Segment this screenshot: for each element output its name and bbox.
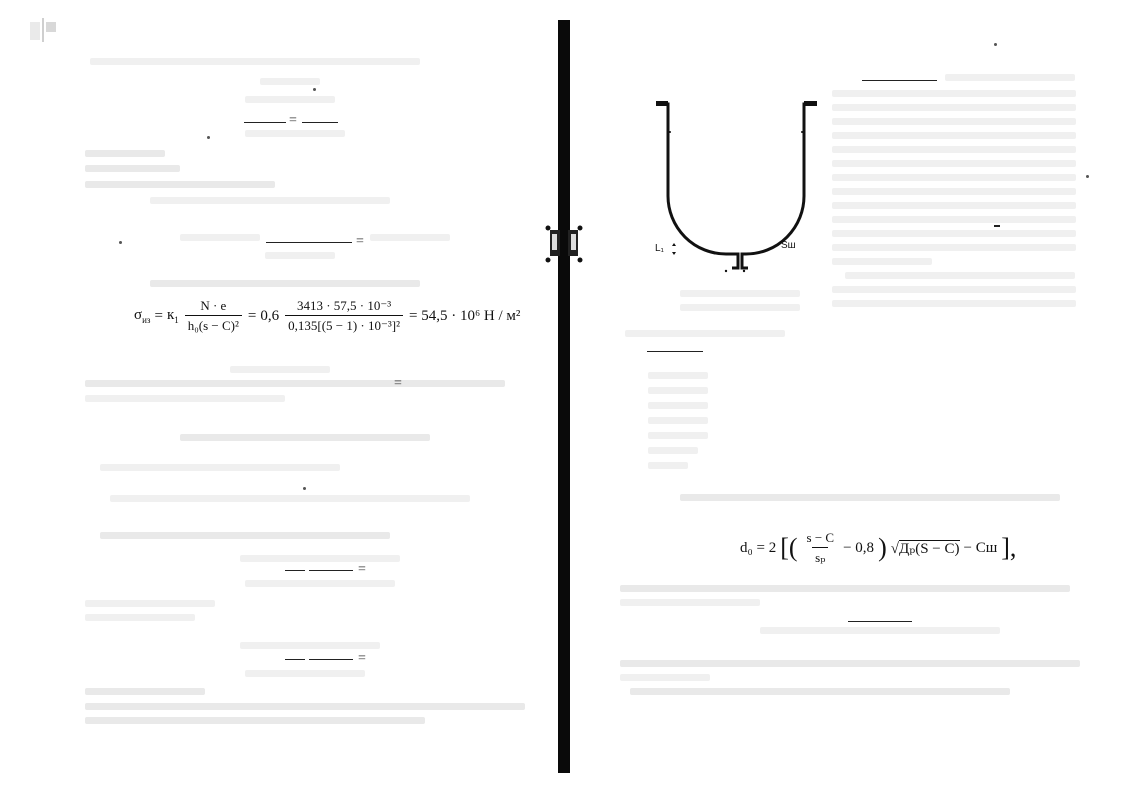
equals-sign: = — [358, 652, 366, 666]
fraction-bar — [266, 242, 352, 243]
faded-text-line — [648, 372, 708, 379]
scan-speck — [303, 487, 306, 490]
faded-text-line — [630, 688, 1010, 695]
equals-sign: = — [356, 235, 364, 249]
faded-caption — [680, 290, 800, 297]
page-thumbnail-icon — [30, 18, 56, 42]
faded-text-line — [260, 78, 320, 85]
faded-text-line — [945, 74, 1075, 81]
faded-text-line — [180, 234, 260, 241]
faded-text-line — [832, 244, 1076, 251]
right-page: L₁ Sш d₀ = 2 [( s − C sₚ − 0,8 ) √Дₚ(S −… — [570, 0, 1123, 791]
faded-text-line — [832, 146, 1076, 153]
faded-text-line — [832, 230, 1076, 237]
faded-text-line — [85, 380, 505, 387]
fraction-bar — [309, 659, 353, 660]
faded-text-line — [230, 366, 330, 373]
faded-text-line — [832, 90, 1076, 97]
underline — [647, 351, 703, 352]
faded-text-line — [845, 272, 1075, 279]
diagram-label-s: Sш — [781, 240, 796, 251]
fraction-bar — [285, 570, 305, 571]
faded-text-line — [245, 130, 345, 137]
faded-text-line — [85, 688, 205, 695]
faded-text-line — [245, 670, 365, 677]
faded-text-line — [85, 150, 165, 157]
faded-caption — [680, 304, 800, 311]
faded-text-line — [832, 104, 1076, 111]
faded-text-line — [620, 674, 710, 681]
fraction-bar — [302, 122, 338, 123]
faded-text-line — [265, 252, 335, 259]
faded-text-line — [832, 174, 1076, 181]
faded-text-line — [832, 202, 1076, 209]
faded-text-line — [832, 300, 1076, 307]
fraction-bar — [244, 122, 286, 123]
hole-diameter-formula: d₀ = 2 [( s − C sₚ − 0,8 ) √Дₚ(S − C) − … — [740, 530, 1016, 566]
scan-speck — [119, 241, 122, 244]
faded-text-line — [90, 58, 420, 65]
faded-text-line — [832, 188, 1076, 195]
faded-text-line — [85, 717, 425, 724]
faded-text-line — [240, 555, 400, 562]
faded-text-line — [648, 447, 698, 454]
faded-text-line — [85, 395, 285, 402]
faded-text-line — [832, 286, 1076, 293]
faded-text-line — [832, 258, 932, 265]
bending-stress-formula: σиз = к1 N · e h₀(s − C)² = 0,6 3413 · 5… — [134, 298, 520, 334]
faded-text-line — [832, 118, 1076, 125]
scan-speck — [994, 43, 997, 46]
equals-sign: = — [358, 563, 366, 577]
faded-text-line — [648, 417, 708, 424]
faded-text-line — [150, 197, 390, 204]
faded-heading — [100, 532, 390, 539]
faded-text-line — [85, 181, 275, 188]
faded-text-line — [832, 160, 1076, 167]
scan-speck — [207, 136, 210, 139]
faded-text-line — [648, 402, 708, 409]
faded-heading — [180, 434, 430, 441]
underline — [862, 80, 937, 81]
equals-sign: = — [289, 114, 297, 128]
faded-text-line — [625, 330, 785, 337]
faded-text-line — [680, 494, 1060, 501]
fraction-bar — [285, 659, 305, 660]
faded-text-line — [100, 464, 340, 471]
faded-text-line — [620, 599, 760, 606]
scan-speck — [1086, 175, 1089, 178]
dash-mark — [994, 225, 1000, 227]
fraction-bar — [309, 570, 353, 571]
faded-text-line — [620, 585, 1070, 592]
faded-text-line — [832, 132, 1076, 139]
left-page: = = σиз = к1 N · e h₀(s − C)² = 0,6 3413… — [0, 0, 558, 791]
faded-text-line — [760, 627, 1000, 634]
diagram-label-l1: L₁ — [655, 243, 664, 254]
faded-text-line — [85, 703, 525, 710]
faded-text-line — [240, 642, 380, 649]
faded-text-line — [648, 432, 708, 439]
faded-text-line — [648, 462, 688, 469]
book-spine — [558, 20, 570, 773]
scan-speck — [313, 88, 316, 91]
faded-text-line — [370, 234, 450, 241]
faded-text-line — [620, 660, 1080, 667]
faded-heading — [150, 280, 420, 287]
faded-text-line — [85, 165, 180, 172]
faded-text-line — [85, 600, 215, 607]
equals-sign: = — [394, 377, 402, 391]
faded-text-line — [110, 495, 470, 502]
faded-text-line — [648, 387, 708, 394]
fraction-bar — [848, 621, 912, 622]
faded-text-line — [245, 580, 395, 587]
faded-text-line — [245, 96, 335, 103]
faded-text-line — [832, 216, 1076, 223]
faded-text-line — [85, 614, 195, 621]
